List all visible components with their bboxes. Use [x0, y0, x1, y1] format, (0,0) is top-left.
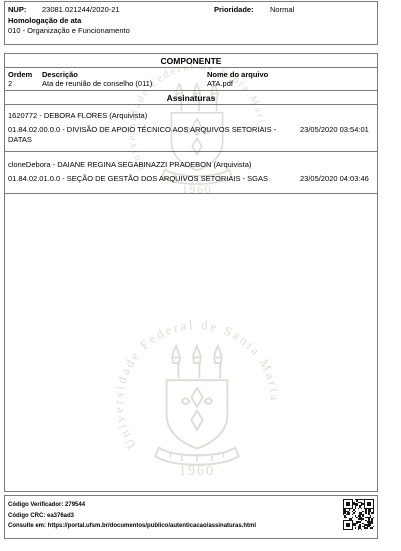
signature-datetime: 23/05/2020 04:03:46 — [300, 174, 369, 184]
assinaturas-title: Assinaturas — [5, 91, 377, 105]
col-descricao: Descrição — [42, 69, 207, 78]
crc-code-line: Código CRC: ea376ad3 — [8, 511, 377, 522]
nup-label: NUP: — [8, 5, 42, 15]
signer-name: 1620772 - DEBORA FLORES (Arquivista) — [8, 111, 374, 120]
cell-descricao: Ata de reunião de conselho (011) — [42, 78, 207, 90]
componente-title: COMPONENTE — [5, 54, 377, 68]
componente-box: COMPONENTE Ordem Descrição Nome do arqui… — [4, 53, 378, 492]
verifier-label: Código Verificador: — [8, 502, 63, 508]
signature-row: 1620772 - DEBORA FLORES (Arquivista) 01.… — [5, 105, 377, 152]
document-classification: 010 - Organização e Funcionamento — [8, 26, 377, 36]
componente-column-headers: Ordem Descrição Nome do arquivo — [5, 68, 377, 78]
signer-unit: 01.84.02.00.0.0 - DIVISÃO DE APOIO TÉCNI… — [8, 125, 300, 145]
col-ordem: Ordem — [8, 69, 42, 78]
col-arquivo: Nome do arquivo — [207, 69, 377, 78]
verification-footer-box: Código Verificador: 279544 Código CRC: e… — [4, 495, 378, 539]
verifier-value: 279544 — [65, 502, 85, 508]
signature-datetime: 23/05/2020 03:54:01 — [300, 125, 369, 135]
cell-ordem: 2 — [8, 78, 42, 90]
nup-priority-row: NUP: 23081.021244/2020-21 Prioridade: No… — [8, 5, 377, 15]
cell-arquivo: ATA.pdf — [207, 78, 377, 90]
componente-row: 2 Ata de reunião de conselho (011) ATA.p… — [5, 78, 377, 91]
document-type: Homologação de ata — [8, 16, 377, 26]
verifier-code-line: Código Verificador: 279544 — [8, 500, 377, 511]
signer-name: cloneDebora - DAIANE REGINA SEGABINAZZI … — [8, 160, 374, 169]
priority-value: Normal — [270, 5, 294, 15]
crc-value: ea376ad3 — [47, 513, 74, 519]
signature-row: cloneDebora - DAIANE REGINA SEGABINAZZI … — [5, 152, 377, 194]
document-header-box: NUP: 23081.021244/2020-21 Prioridade: No… — [4, 1, 378, 45]
priority-label: Prioridade: — [214, 5, 270, 15]
qr-code — [343, 499, 374, 530]
consult-url-line: Consulte em: https://portal.ufsm.br/docu… — [8, 521, 377, 532]
nup-value: 23081.021244/2020-21 — [42, 5, 214, 15]
blank-watermark-area — [5, 194, 377, 493]
crc-label: Código CRC: — [8, 513, 45, 519]
signer-unit: 01.84.02.01.0.0 - SEÇÃO DE GESTÃO DOS AR… — [8, 174, 300, 184]
